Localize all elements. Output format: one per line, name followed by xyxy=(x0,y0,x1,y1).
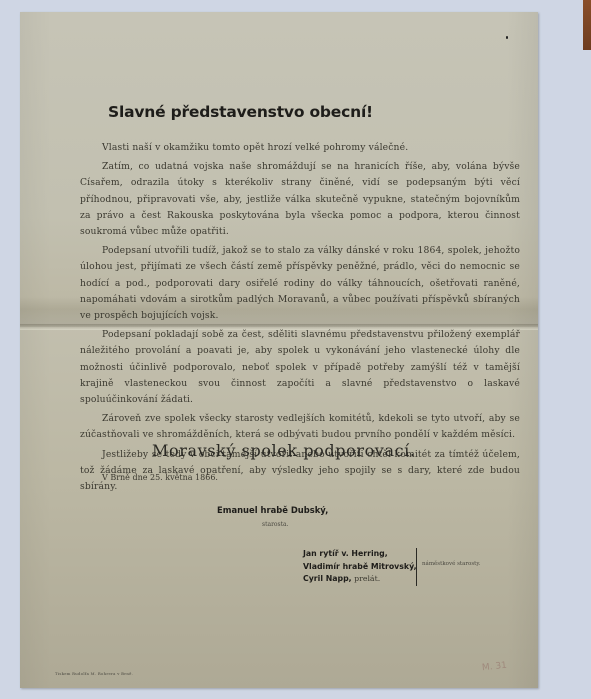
paragraph-5: Zároveň zve spolek všecky starosty vedle… xyxy=(80,411,520,443)
document-title: Slavné představenstvo obecní! xyxy=(108,103,373,121)
chairman-name: Emanuel hrabě Dubský, xyxy=(217,505,328,515)
deputies-list: Jan rytíř v. Herring, Vladimír hrabě Mit… xyxy=(303,548,417,586)
deputies-label: náměstkové starosty. xyxy=(422,561,481,567)
deputy: Vladimír hrabě Mitrovský, xyxy=(303,561,417,574)
paragraph-4: Podepsaní pokladají sobě za čest, sdělit… xyxy=(80,327,520,408)
organization-name: Moravský spolek podporovací. xyxy=(152,441,416,460)
paragraph-3: Podepsaní utvořili tudíž, jakož se to st… xyxy=(80,243,520,324)
wooden-edge xyxy=(583,0,591,50)
printer-imprint: Tiskem Rudolfa M. Rohrera v Brně. xyxy=(55,671,133,676)
paper-speck xyxy=(506,36,508,39)
paragraph-2: Zatím, co udatná vojska naše shromáždují… xyxy=(80,159,520,240)
place-date: V Brně dne 25. května 1866. xyxy=(102,473,218,482)
brace-divider xyxy=(416,548,417,586)
deputy: Cyril Napp, prelát. xyxy=(303,573,417,586)
chairman-role: starosta. xyxy=(262,521,289,528)
paragraph-1: Vlasti naší v okamžiku tomto opět hrozí … xyxy=(80,140,520,156)
deputy: Jan rytíř v. Herring, xyxy=(303,548,417,561)
